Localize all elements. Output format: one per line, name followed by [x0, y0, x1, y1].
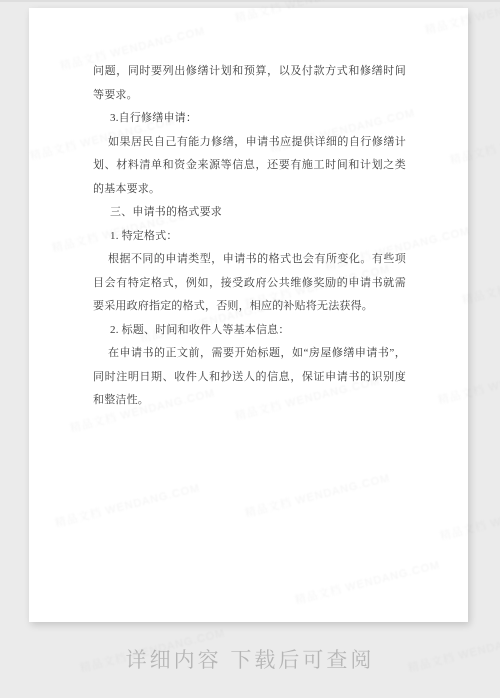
heading: 三、申请书的格式要求: [93, 201, 406, 225]
heading: 3.自行修缮申请：: [93, 107, 406, 131]
heading: 2. 标题、时间和收件人等基本信息：: [93, 319, 406, 343]
heading: 1. 特定格式：: [93, 225, 406, 249]
document-page: 问题，同时要列出修缮计划和预算，以及付款方式和修缮时间等要求。3.自行修缮申请：…: [29, 8, 468, 622]
paragraph: 在申请书的正文前，需要开始标题，如“房屋修缮申请书”，同时注明日期、收件人和抄送…: [93, 342, 406, 413]
download-hint-text: 详细内容 下载后可查阅: [0, 644, 500, 674]
top-edge-divider: [0, 0, 500, 2]
document-body: 问题，同时要列出修缮计划和预算，以及付款方式和修缮时间等要求。3.自行修缮申请：…: [93, 60, 406, 413]
paragraph: 根据不同的申请类型，申请书的格式也会有所变化。有些项目会有特定格式，例如，接受政…: [93, 248, 406, 319]
paragraph: 如果居民自己有能力修缮，申请书应提供详细的自行修缮计划、材料清单和资金来源等信息…: [93, 131, 406, 202]
paragraph: 问题，同时要列出修缮计划和预算，以及付款方式和修缮时间等要求。: [93, 60, 406, 107]
